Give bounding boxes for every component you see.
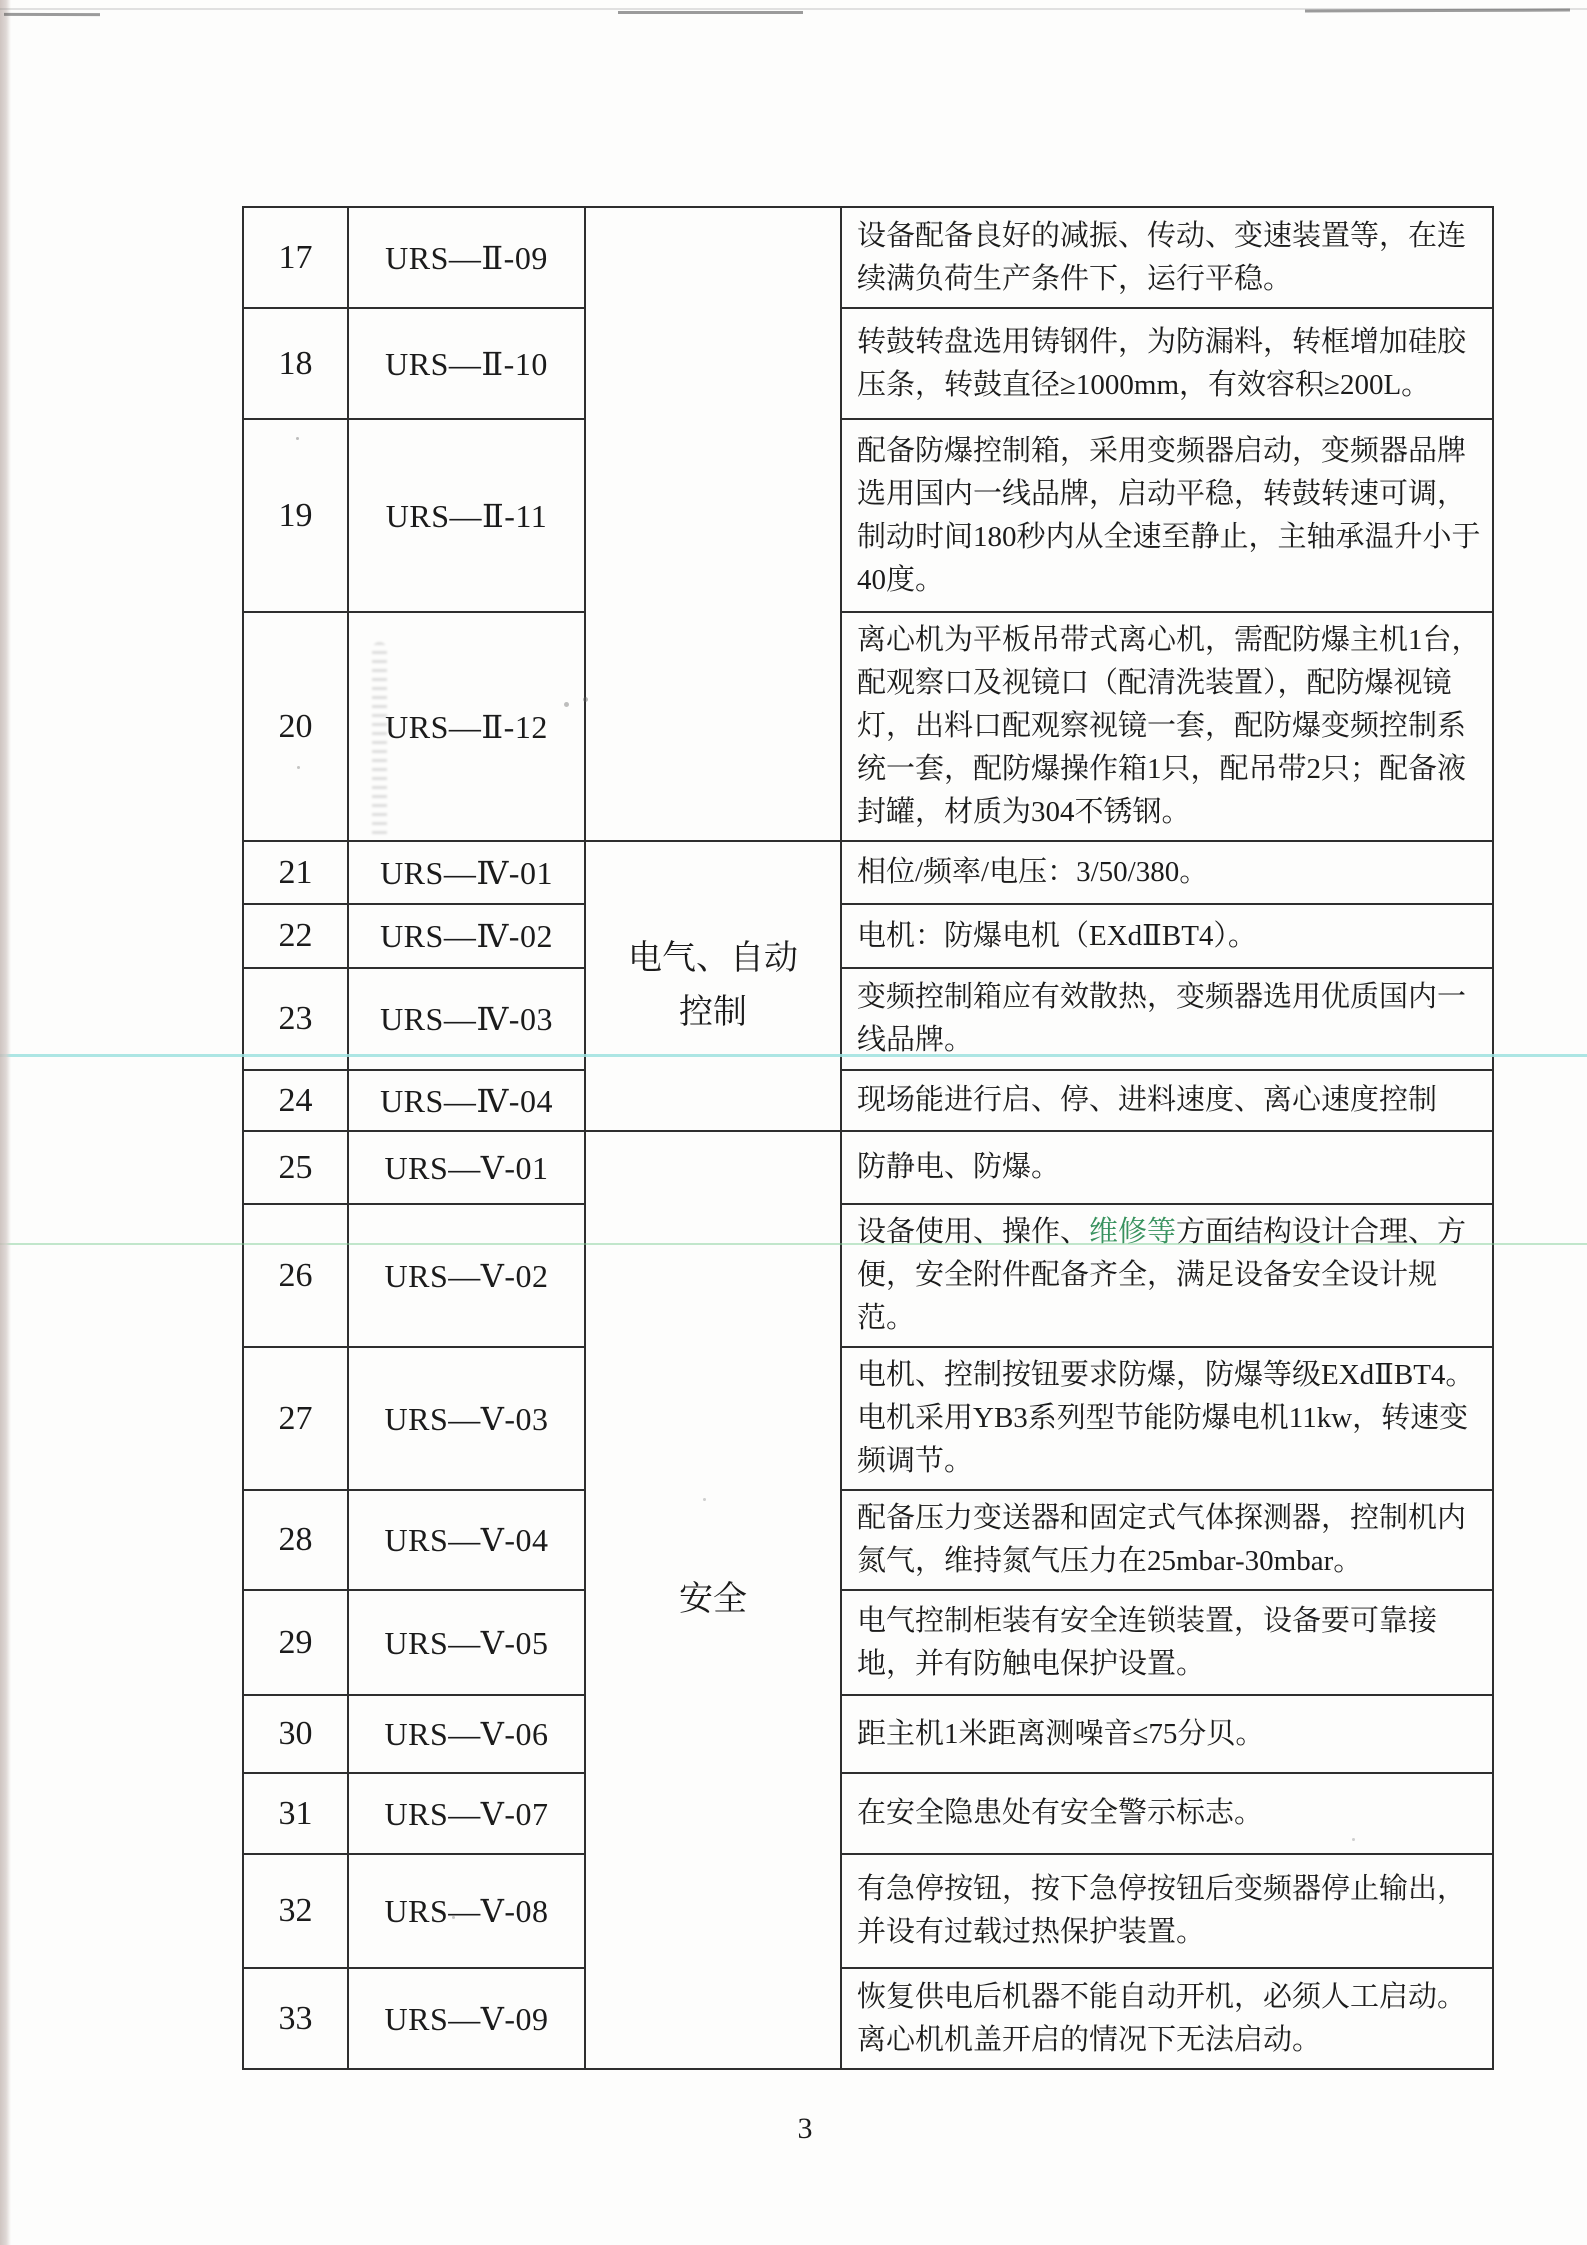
- code-cell: URS—Ⅴ-01: [348, 1131, 585, 1204]
- desc-cell: 有急停按钮，按下急停按钮后变频器停止输出，并设有过载过热保护装置。: [841, 1854, 1493, 1968]
- seq-cell: 22: [243, 904, 348, 968]
- scan-edge-strip: [0, 0, 11, 2245]
- table-row: 31URS—Ⅴ-07在安全隐患处有安全警示标志。: [243, 1773, 1493, 1854]
- code-cell: URS—Ⅱ-11: [348, 419, 585, 612]
- seq-cell: 29: [243, 1590, 348, 1695]
- category-cell: 安全: [585, 1131, 841, 2069]
- desc-cell: 配备防爆控制箱，采用变频器启动，变频器品牌选用国内一线品牌，启动平稳，转鼓转速可…: [841, 419, 1493, 612]
- table-row: 22URS—Ⅳ-02电机：防爆电机（EXdⅡBT4）。: [243, 904, 1493, 968]
- code-cell: URS—Ⅴ-08: [348, 1854, 585, 1968]
- seq-cell: 17: [243, 207, 348, 308]
- table-row: 20URS—Ⅱ-12离心机为平板吊带式离心机，需配防爆主机1台，配观察口及视镜口…: [243, 612, 1493, 841]
- desc-cell: 距主机1米距离测噪音≤75分贝。: [841, 1695, 1493, 1773]
- table-row: 24URS—Ⅳ-04现场能进行启、停、进料速度、离心速度控制: [243, 1070, 1493, 1131]
- seq-cell: 21: [243, 841, 348, 904]
- code-cell: URS—Ⅴ-03: [348, 1347, 585, 1490]
- table-row: 19URS—Ⅱ-11配备防爆控制箱，采用变频器启动，变频器品牌选用国内一线品牌，…: [243, 419, 1493, 612]
- code-cell: URS—Ⅳ-01: [348, 841, 585, 904]
- seq-cell: 19: [243, 419, 348, 612]
- table-row: 27URS—Ⅴ-03电机、控制按钮要求防爆，防爆等级EXdⅡBT4。电机采用YB…: [243, 1347, 1493, 1490]
- pencil-smudge: [372, 642, 387, 840]
- desc-cell: 设备使用、操作、维修等方面结构设计合理、方便，安全附件配备齐全，满足设备安全设计…: [841, 1204, 1493, 1347]
- scan-top-edge-mark: [4, 13, 100, 16]
- table-row: 29URS—Ⅴ-05电气控制柜装有安全连锁装置，设备要可靠接地，并有防触电保护设…: [243, 1590, 1493, 1695]
- seq-cell: 31: [243, 1773, 348, 1854]
- seq-cell: 26: [243, 1204, 348, 1347]
- table-row: 32URS—Ⅴ-08有急停按钮，按下急停按钮后变频器停止输出，并设有过载过热保护…: [243, 1854, 1493, 1968]
- cyan-scan-streak: [0, 1054, 1587, 1057]
- code-cell: URS—Ⅳ-02: [348, 904, 585, 968]
- seq-cell: 30: [243, 1695, 348, 1773]
- page-number: 3: [0, 2112, 1587, 2146]
- desc-cell: 设备配备良好的减振、传动、变速装置等，在连续满负荷生产条件下，运行平稳。: [841, 207, 1493, 308]
- seq-cell: 28: [243, 1490, 348, 1590]
- category-cell: [585, 207, 841, 841]
- desc-cell: 离心机为平板吊带式离心机，需配防爆主机1台，配观察口及视镜口（配清洗装置），配防…: [841, 612, 1493, 841]
- code-cell: URS—Ⅴ-05: [348, 1590, 585, 1695]
- code-cell: URS—Ⅴ-07: [348, 1773, 585, 1854]
- code-cell: URS—Ⅴ-02: [348, 1204, 585, 1347]
- scan-top-edge-mark: [1305, 9, 1570, 13]
- desc-cell: 防静电、防爆。: [841, 1131, 1493, 1204]
- table-row: 18URS—Ⅱ-10转鼓转盘选用铸钢件，为防漏料，转框增加硅胶压条，转鼓直径≥1…: [243, 308, 1493, 419]
- table-row: 30URS—Ⅴ-06距主机1米距离测噪音≤75分贝。: [243, 1695, 1493, 1773]
- desc-cell: 在安全隐患处有安全警示标志。: [841, 1773, 1493, 1854]
- table-row: 17URS—Ⅱ-09设备配备良好的减振、传动、变速装置等，在连续满负荷生产条件下…: [243, 207, 1493, 308]
- code-cell: URS—Ⅴ-04: [348, 1490, 585, 1590]
- category-cell: 电气、自动 控制: [585, 841, 841, 1131]
- desc-cell: 恢复供电后机器不能自动开机，必须人工启动。离心机机盖开启的情况下无法启动。: [841, 1968, 1493, 2069]
- desc-cell: 现场能进行启、停、进料速度、离心速度控制: [841, 1070, 1493, 1131]
- seq-cell: 33: [243, 1968, 348, 2069]
- table-row: 21URS—Ⅳ-01电气、自动 控制相位/频率/电压：3/50/380。: [243, 841, 1493, 904]
- scanned-document-page: 17URS—Ⅱ-09设备配备良好的减振、传动、变速装置等，在连续满负荷生产条件下…: [0, 0, 1587, 2245]
- desc-cell: 电气控制柜装有安全连锁装置，设备要可靠接地，并有防触电保护设置。: [841, 1590, 1493, 1695]
- table-body: 17URS—Ⅱ-09设备配备良好的减振、传动、变速装置等，在连续满负荷生产条件下…: [243, 207, 1493, 2069]
- seq-cell: 25: [243, 1131, 348, 1204]
- desc-cell: 转鼓转盘选用铸钢件，为防漏料，转框增加硅胶压条，转鼓直径≥1000mm，有效容积…: [841, 308, 1493, 419]
- seq-cell: 24: [243, 1070, 348, 1131]
- urs-requirements-table: 17URS—Ⅱ-09设备配备良好的减振、传动、变速装置等，在连续满负荷生产条件下…: [242, 206, 1494, 2070]
- code-cell: URS—Ⅱ-10: [348, 308, 585, 419]
- desc-cell: 电机、控制按钮要求防爆，防爆等级EXdⅡBT4。电机采用YB3系列型节能防爆电机…: [841, 1347, 1493, 1490]
- desc-cell: 电机：防爆电机（EXdⅡBT4）。: [841, 904, 1493, 968]
- table-row: 26URS—Ⅴ-02设备使用、操作、维修等方面结构设计合理、方便，安全附件配备齐…: [243, 1204, 1493, 1347]
- code-cell: URS—Ⅴ-06: [348, 1695, 585, 1773]
- seq-cell: 32: [243, 1854, 348, 1968]
- table-row: 28URS—Ⅴ-04配备压力变送器和固定式气体探测器，控制机内氮气，维持氮气压力…: [243, 1490, 1493, 1590]
- seq-cell: 18: [243, 308, 348, 419]
- code-cell: URS—Ⅴ-09: [348, 1968, 585, 2069]
- desc-cell: 相位/频率/电压：3/50/380。: [841, 841, 1493, 904]
- table-row: 25URS—Ⅴ-01安全防静电、防爆。: [243, 1131, 1493, 1204]
- desc-cell: 配备压力变送器和固定式气体探测器，控制机内氮气，维持氮气压力在25mbar-30…: [841, 1490, 1493, 1590]
- table-row: 33URS—Ⅴ-09恢复供电后机器不能自动开机，必须人工启动。离心机机盖开启的情…: [243, 1968, 1493, 2069]
- code-cell: URS—Ⅱ-09: [348, 207, 585, 308]
- seq-cell: 20: [243, 612, 348, 841]
- code-cell: URS—Ⅳ-04: [348, 1070, 585, 1131]
- seq-cell: 27: [243, 1347, 348, 1490]
- scan-top-edge-mark: [618, 11, 803, 14]
- green-scan-streak: [0, 1243, 1587, 1245]
